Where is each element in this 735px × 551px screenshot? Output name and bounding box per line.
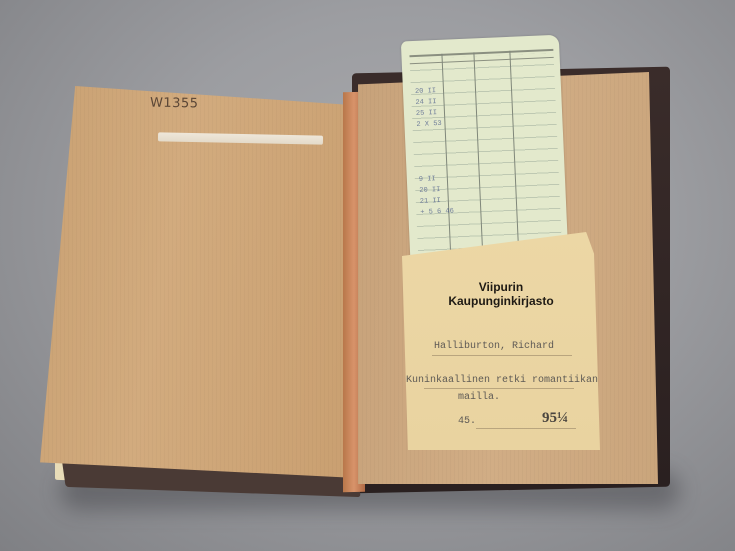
author: Halliburton, Richard — [434, 341, 554, 352]
classification-number: 95¼ — [542, 410, 568, 427]
book-title-line1: Kuninkaallinen retki romantiikan — [406, 375, 598, 386]
book-title-line2: mailla. — [458, 392, 500, 403]
number-label: 45. — [458, 416, 476, 427]
library-name: Viipurin Kaupunginkirjasto — [402, 280, 600, 308]
due-date-stamps: 20 II 24 II 25 II 2 X 53 9 II 20 II 21 I… — [415, 84, 491, 219]
call-number: W1355 — [150, 96, 199, 112]
book-photo: W1355 20 II 24 II 25 II 2 X 53 9 II 20 I… — [0, 0, 735, 551]
library-name-line2: Kaupunginkirjasto — [402, 294, 600, 308]
library-name-line1: Viipurin — [402, 280, 600, 294]
number-rule — [476, 428, 576, 429]
left-endpaper — [40, 86, 360, 478]
title-rule — [424, 388, 574, 389]
library-pocket: Viipurin Kaupunginkirjasto Halliburton, … — [402, 232, 600, 450]
author-rule — [432, 355, 572, 356]
